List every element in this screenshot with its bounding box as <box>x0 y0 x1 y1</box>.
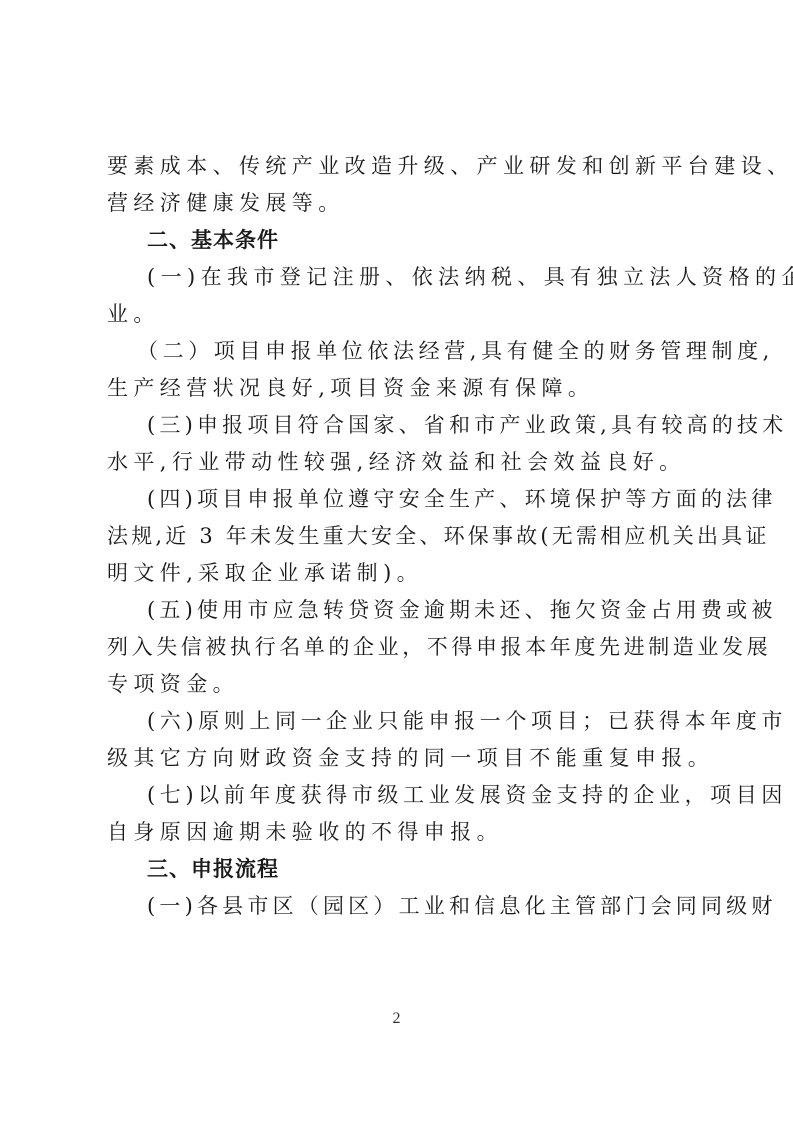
text-line: 明文件,采取企业承诺制)。 <box>107 555 697 592</box>
text-line: 营经济健康发展等。 <box>107 185 697 222</box>
text-line: 水平,行业带动性较强,经济效益和社会效益良好。 <box>107 444 697 481</box>
text-line: 级其它方向财政资金支持的同一项目不能重复申报。 <box>107 740 697 777</box>
text-line: 生产经营状况良好,项目资金来源有保障。 <box>107 370 697 407</box>
text-line: 法规,近 3 年未发生重大安全、环保事故(无需相应机关出具证 <box>107 518 697 555</box>
text-line: 自身原因逾期未验收的不得申报。 <box>107 814 697 851</box>
text-line: (七)以前年度获得市级工业发展资金支持的企业，项目因 <box>107 777 697 814</box>
document-body: 要素成本、传统产业改造升级、产业研发和创新平台建设、民 营经济健康发展等。 二、… <box>107 148 697 925</box>
text-line: （二）项目申报单位依法经营,具有健全的财务管理制度, <box>107 333 697 370</box>
text-line: (一)各县市区（园区）工业和信息化主管部门会同同级财 <box>107 888 697 925</box>
page-number: 2 <box>0 1010 793 1028</box>
text-line: (四)项目申报单位遵守安全生产、环境保护等方面的法律 <box>107 481 697 518</box>
section-heading: 三、申报流程 <box>107 851 697 888</box>
text-line: 专项资金。 <box>107 666 697 703</box>
text-line: 要素成本、传统产业改造升级、产业研发和创新平台建设、民 <box>107 148 697 185</box>
text-line: (一)在我市登记注册、依法纳税、具有独立法人资格的企 <box>107 259 697 296</box>
text-line: (三)申报项目符合国家、省和市产业政策,具有较高的技术 <box>107 407 697 444</box>
text-line: 业。 <box>107 296 697 333</box>
text-line: (五)使用市应急转贷资金逾期未还、拖欠资金占用费或被 <box>107 592 697 629</box>
text-line: 列入失信被执行名单的企业，不得申报本年度先进制造业发展 <box>107 629 697 666</box>
section-heading: 二、基本条件 <box>107 222 697 259</box>
text-line: (六)原则上同一企业只能申报一个项目；已获得本年度市 <box>107 703 697 740</box>
